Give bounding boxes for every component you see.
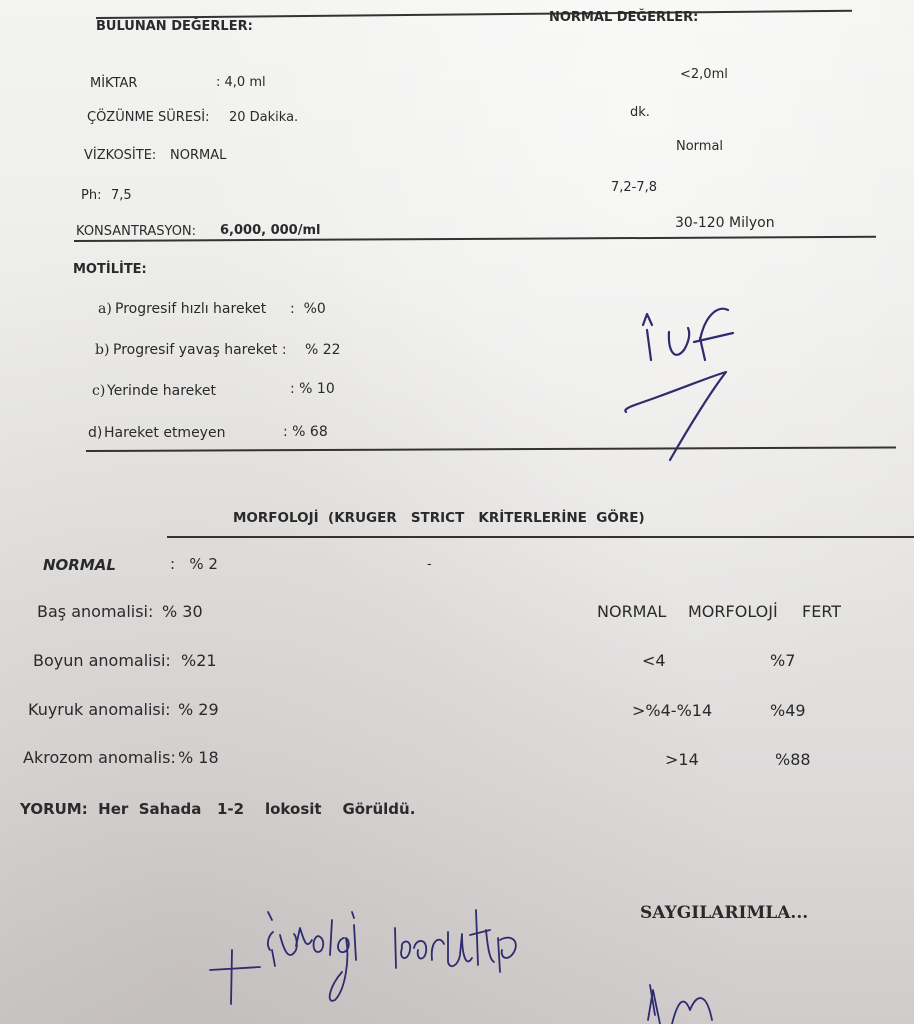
ref-header-fert: FERT <box>802 604 841 620</box>
cozunme-label: ÇÖZÜNME SÜRESİ: <box>87 111 210 124</box>
motility-prefix: d) <box>88 426 102 440</box>
konsantrasyon-label: KONSANTRASYON: <box>76 225 196 238</box>
anomaly-value: %21 <box>181 653 217 669</box>
miktar-normal: <2,0ml <box>680 68 728 81</box>
morphology-title: MORFOLOJİ (KRUGER STRICT KRİTERLERİNE GÖ… <box>233 512 645 526</box>
miktar-value: : 4,0 ml <box>216 76 266 89</box>
normal-values-header: NORMAL DEĞERLER: <box>549 11 698 24</box>
motility-label: Progresif yavaş hareket : <box>113 343 287 357</box>
ref-header-normal: NORMAL <box>597 604 666 620</box>
ph-normal: 7,2-7,8 <box>611 181 657 194</box>
ref-row-fert: %7 <box>770 653 795 669</box>
motility-title: MOTİLİTE: <box>73 263 147 276</box>
anomaly-label: Kuyruk anomalisi: <box>28 702 171 718</box>
motility-prefix: a) <box>98 302 112 316</box>
results-header: BULUNAN DEĞERLER: <box>96 20 253 33</box>
motility-label: Hareket etmeyen <box>104 426 225 440</box>
vizkosite-label: VİZKOSİTE: <box>84 149 156 162</box>
motility-label: Progresif hızlı hareket <box>115 302 266 316</box>
ph-value: 7,5 <box>111 189 132 202</box>
anomaly-value: % 29 <box>178 702 219 718</box>
miktar-label: MİKTAR <box>90 77 137 90</box>
motility-value: % 22 <box>305 343 341 357</box>
anomaly-value: % 18 <box>178 750 219 766</box>
signature-ivf-icon <box>625 309 733 460</box>
cozunme-value: 20 Dakika. <box>229 111 298 124</box>
ref-row-morfoloji: >14 <box>665 752 699 768</box>
morphology-rule <box>167 536 914 538</box>
motility-value: : % 10 <box>290 382 335 396</box>
closing-text: SAYGILARIMLA... <box>640 905 808 922</box>
motility-prefix: b) <box>95 343 109 357</box>
motility-rule <box>86 446 896 451</box>
ph-label: Ph: <box>81 189 101 202</box>
ref-row-fert: %88 <box>775 752 811 768</box>
vizkosite-normal: Normal <box>676 140 723 153</box>
morphology-normal-value: : % 2 <box>170 557 218 572</box>
motility-value: : %0 <box>290 302 326 316</box>
ref-row-morfoloji: >%4-%14 <box>632 703 712 719</box>
top-rule <box>96 10 852 19</box>
konsantrasyon-value: 6,000, 000/ml <box>220 224 320 237</box>
anomaly-label: Akrozom anomalis: <box>23 750 176 766</box>
ref-header-morfoloji: MORFOLOJİ <box>688 604 778 620</box>
anomaly-value: % 30 <box>162 604 203 620</box>
cozunme-normal: dk. <box>630 106 650 119</box>
motility-prefix: c) <box>92 384 105 398</box>
handwritten-note-icon <box>210 910 712 1024</box>
ref-row-fert: %49 <box>770 703 806 719</box>
anomaly-label: Boyun anomalisi: <box>33 653 171 669</box>
motility-value: : % 68 <box>283 425 328 439</box>
morphology-normal-label: NORMAL <box>43 558 116 573</box>
comment-text: YORUM: Her Sahada 1-2 lokosit Görüldü. <box>20 802 415 817</box>
motility-label: Yerinde hareket <box>107 384 216 398</box>
anomaly-label: Baş anomalisi: <box>37 604 153 620</box>
konsantrasyon-normal: 30-120 Milyon <box>675 216 775 230</box>
vizkosite-value: NORMAL <box>170 149 226 162</box>
ref-row-morfoloji: <4 <box>642 653 666 669</box>
morphology-dash: - <box>427 558 432 571</box>
